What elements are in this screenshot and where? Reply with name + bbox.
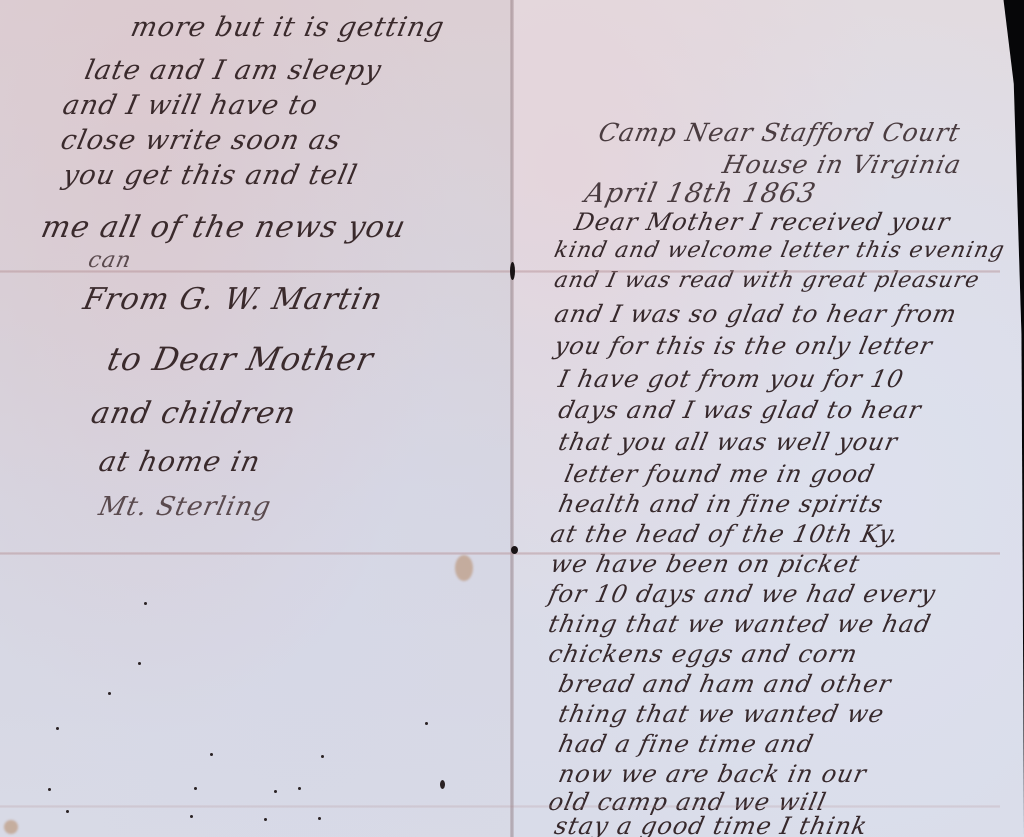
body-line: thing that we wanted we had [546,610,934,638]
body-line: that you all was well your [556,428,900,456]
paper-speck [425,722,428,725]
body-line: had a fine time and [556,730,817,758]
paper-speck [190,815,193,818]
paper-speck [321,755,324,758]
paper-speck [298,787,301,790]
fold-hole [511,546,518,554]
paper-speck [56,727,59,730]
body-line: days and I was glad to hear [556,396,924,424]
body-line: thing that we wanted we [556,700,887,728]
signature-line: and children [88,396,299,431]
body-line: kind and welcome letter this evening [552,238,1007,263]
postscript-line: late and I am sleepy [82,55,385,86]
heading-date: April 18th 1863 [582,178,819,209]
paper-speck [194,787,197,790]
postscript-line: me all of the news you [38,210,409,245]
signature-line: Mt. Sterling [96,492,274,522]
letter-sheet: more but it is getting late and I am sle… [0,0,1024,837]
postscript-line: more but it is getting [128,12,447,43]
paper-speck [440,780,445,789]
body-line: and I was so glad to hear from [552,300,960,328]
body-line: now we are back in our [556,760,869,788]
ink-stain [4,820,18,834]
body-line: bread and ham and other [556,670,894,698]
fold-hole [510,262,515,280]
horizontal-fold [0,805,1000,808]
body-line: stay a good time I think [552,812,870,837]
paper-speck [138,662,141,665]
heading-place-line-1: Camp Near Stafford Court [596,118,963,147]
body-line: health and in fine spirits [556,490,886,518]
body-line: chickens eggs and corn [546,640,861,668]
paper-speck [144,602,147,605]
heading-place-line-2: House in Virginia [720,150,964,179]
ink-stain [455,555,473,581]
signature-line: From G. W. Martin [80,282,386,317]
signature-line: at home in [96,445,264,478]
vertical-fold [510,0,514,837]
signature-line: to Dear Mother [104,340,377,378]
postscript-line: and I will have to [60,90,321,121]
body-line: for 10 days and we had every [546,580,939,608]
body-line: at the head of the 10th Ky. [548,520,902,548]
body-line: you for this is the only letter [552,332,935,360]
paper-speck [66,810,69,813]
paper-speck [48,788,51,791]
horizontal-fold [0,270,1000,273]
postscript-line: you get this and tell [60,160,361,191]
body-line: letter found me in good [562,460,878,488]
paper-speck [210,753,213,756]
paper-speck [264,818,267,821]
paper-speck [318,817,321,820]
left-page: more but it is getting late and I am sle… [0,0,512,837]
body-line: Dear Mother I received your [572,208,953,236]
body-line: I have got from you for 10 [556,365,907,393]
horizontal-fold [0,552,1000,555]
postscript-line: close write soon as [58,125,344,156]
paper-speck [274,790,277,793]
right-page: Camp Near Stafford Court House in Virgin… [512,0,1024,837]
paper-speck [108,692,111,695]
